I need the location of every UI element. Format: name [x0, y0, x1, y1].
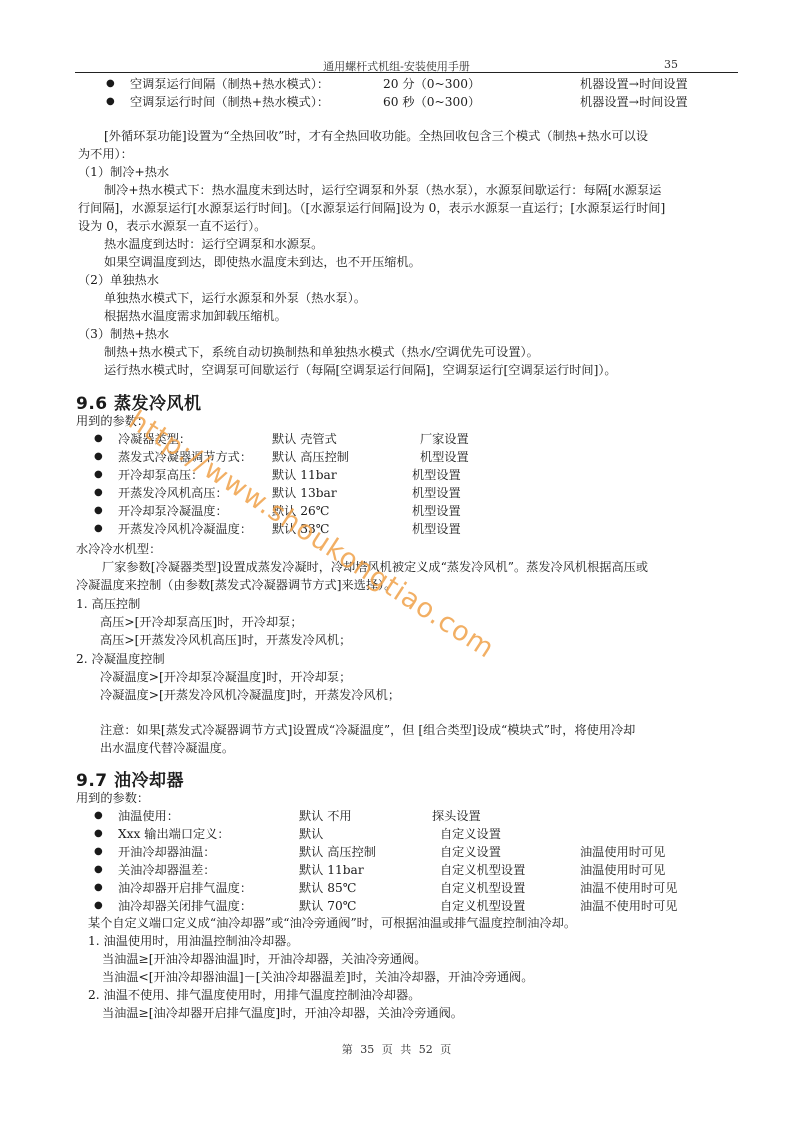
param-default: 默认 11bar: [272, 467, 337, 483]
paragraph: 高压>[开蒸发冷风机高压]时，开蒸发冷风机；: [100, 632, 351, 648]
paragraph: 热水温度到达时：运行空调泵和水源泵。: [104, 236, 323, 252]
param-name: 油温使用：: [118, 808, 179, 824]
param-default: 默认: [299, 826, 323, 842]
section-heading-9-7: 9.7 油冷却器: [76, 766, 184, 791]
param-name: Xxx 输出端口定义：: [118, 826, 230, 842]
paragraph: 为不用）：: [78, 146, 133, 162]
paragraph: 当油温≥[油冷却器开启排气温度]时，开油冷却器，关油冷旁通阀。: [102, 1005, 463, 1021]
list-item-title: 2. 油温不使用、排气温度使用时，用排气温度控制油冷却器。: [88, 987, 420, 1003]
param-name: 空调泵运行时间（制热+热水模式）：: [130, 94, 329, 110]
paragraph: 制热+热水模式下，系统自动切换制热和单独热水模式（热水/空调优先可设置）。: [104, 344, 539, 360]
param-location: 自定义设置: [440, 826, 501, 842]
subheading: （2）单独热水: [78, 272, 159, 288]
param-name: 开蒸发冷风机高压：: [118, 485, 228, 501]
param-default: 默认 13bar: [272, 485, 337, 501]
param-default: 默认 高压控制: [299, 844, 376, 860]
paragraph: 设为 0，表示水源泵一直不运行）。: [78, 218, 266, 234]
param-name: 开冷却泵冷凝温度：: [118, 503, 228, 519]
param-visibility: 油温不使用时可见: [580, 880, 678, 896]
param-value: 20 分（0~300）: [383, 76, 480, 92]
paragraph: 高压>[开冷却泵高压]时，开冷却泵；: [100, 614, 303, 630]
param-default: 默认 85℃: [299, 880, 356, 896]
paragraph: 运行热水模式时，空调泵可间歇运行（每隔[空调泵运行间隔]，空调泵运行[空调泵运行…: [104, 362, 617, 378]
subheading: （1）制冷+热水: [78, 164, 169, 180]
paragraph: 制冷+热水模式下：热水温度未到达时，运行空调泵和外泵（热水泵），水源泵间歇运行：…: [104, 182, 661, 198]
param-location: 机型设置: [412, 485, 461, 501]
document-page: 通用螺杆式机组-安装使用手册 35 空调泵运行间隔（制热+热水模式）： 20 分…: [0, 0, 793, 1121]
paragraph: 当油温<[开油冷却器油温]－[关油冷却器温差]时，关油冷却器，开油冷旁通阀。: [102, 969, 533, 985]
param-visibility: 油温使用时可见: [580, 844, 665, 860]
params-label: 用到的参数：: [76, 790, 149, 806]
param-location: 自定义机型设置: [440, 862, 525, 878]
param-location: 机型设置: [420, 449, 469, 465]
paragraph: 冷凝温度>[开蒸发冷风机冷凝温度]时，开蒸发冷风机；: [100, 687, 400, 703]
paragraph: 当油温≥[开油冷却器油温]时，开油冷却器，关油冷旁通阀。: [102, 951, 426, 967]
paragraph: 如果空调温度到达，即使热水温度未到达，也不开压缩机。: [104, 254, 421, 270]
param-name: 油冷却器关闭排气温度：: [118, 898, 252, 914]
param-location: 机器设置→时间设置: [580, 76, 688, 92]
param-name: 开冷却泵高压：: [118, 467, 203, 483]
list-item-title: 1. 高压控制: [76, 596, 140, 612]
param-default: 默认 不用: [299, 808, 352, 824]
param-location: 机型设置: [412, 467, 461, 483]
list-item-title: 2. 冷凝温度控制: [76, 651, 165, 667]
param-location: 自定义机型设置: [440, 880, 525, 896]
param-name: 冷凝器类型：: [118, 431, 191, 447]
param-default: 默认 高压控制: [272, 449, 349, 465]
param-location: 机型设置: [412, 503, 461, 519]
param-location: 自定义机型设置: [440, 898, 525, 914]
param-default: 默认 壳管式: [272, 431, 337, 447]
param-name: 空调泵运行间隔（制热+热水模式）：: [130, 76, 329, 92]
paragraph: 冷凝温度>[开冷却泵冷凝温度]时，开冷却泵；: [100, 669, 351, 685]
param-default: 默认 26℃: [272, 503, 329, 519]
param-location: 探头设置: [432, 808, 481, 824]
section-heading-9-6: 9.6 蒸发冷风机: [76, 389, 202, 414]
param-default: 默认 70℃: [299, 898, 356, 914]
param-visibility: 油温不使用时可见: [580, 898, 678, 914]
param-visibility: 油温使用时可见: [580, 862, 665, 878]
param-location: 机器设置→时间设置: [580, 94, 688, 110]
header-page-number: 35: [664, 58, 678, 71]
paragraph: 根据热水温度需求加卸载压缩机。: [104, 308, 287, 324]
paragraph: 冷凝温度来控制（由参数[蒸发式冷凝器调节方式]来选择）。: [76, 577, 396, 593]
page-footer: 第 35 页 共 52 页: [0, 1041, 793, 1057]
paragraph: 水冷冷水机型：: [76, 541, 161, 557]
note: 注意：如果[蒸发式冷凝器调节方式]设置成“冷凝温度”，但 [组合类型]设成“模块…: [100, 722, 635, 738]
note: 出水温度代替冷凝温度。: [100, 740, 234, 756]
param-name: 开蒸发冷风机冷凝温度：: [118, 521, 252, 537]
paragraph: 单独热水模式下，运行水源泵和外泵（热水泵）。: [104, 290, 366, 306]
param-name: 蒸发式冷凝器调节方式：: [118, 449, 252, 465]
paragraph: 厂家参数[冷凝器类型]设置成蒸发冷凝时，冷却塔风机被定义成“蒸发冷风机”。蒸发冷…: [102, 559, 648, 575]
params-label: 用到的参数：: [76, 413, 149, 429]
param-value: 60 秒（0~300）: [383, 94, 480, 110]
list-item-title: 1. 油温使用时，用油温控制油冷却器。: [88, 933, 299, 949]
param-name: 关油冷却器温差：: [118, 862, 216, 878]
subheading: （3）制热+热水: [78, 326, 169, 342]
param-location: 机型设置: [412, 521, 461, 537]
param-location: 厂家设置: [420, 431, 469, 447]
paragraph: 某个自定义端口定义成“油冷却器”或“油冷旁通阀”时，可根据油温或排气温度控制油冷…: [88, 915, 576, 931]
paragraph: 行间隔]，水源泵运行[水源泵运行时间]。（[水源泵运行间隔]设为 0，表示水源泵…: [78, 200, 665, 216]
param-name: 开油冷却器油温：: [118, 844, 216, 860]
param-name: 油冷却器开启排气温度：: [118, 880, 252, 896]
param-default: 默认 33℃: [272, 521, 329, 537]
param-default: 默认 11bar: [299, 862, 364, 878]
header-rule: [75, 72, 738, 73]
param-location: 自定义设置: [440, 844, 501, 860]
paragraph: [外循环泵功能]设置为“全热回收”时，才有全热回收功能。全热回收包含三个模式（制…: [104, 128, 648, 144]
